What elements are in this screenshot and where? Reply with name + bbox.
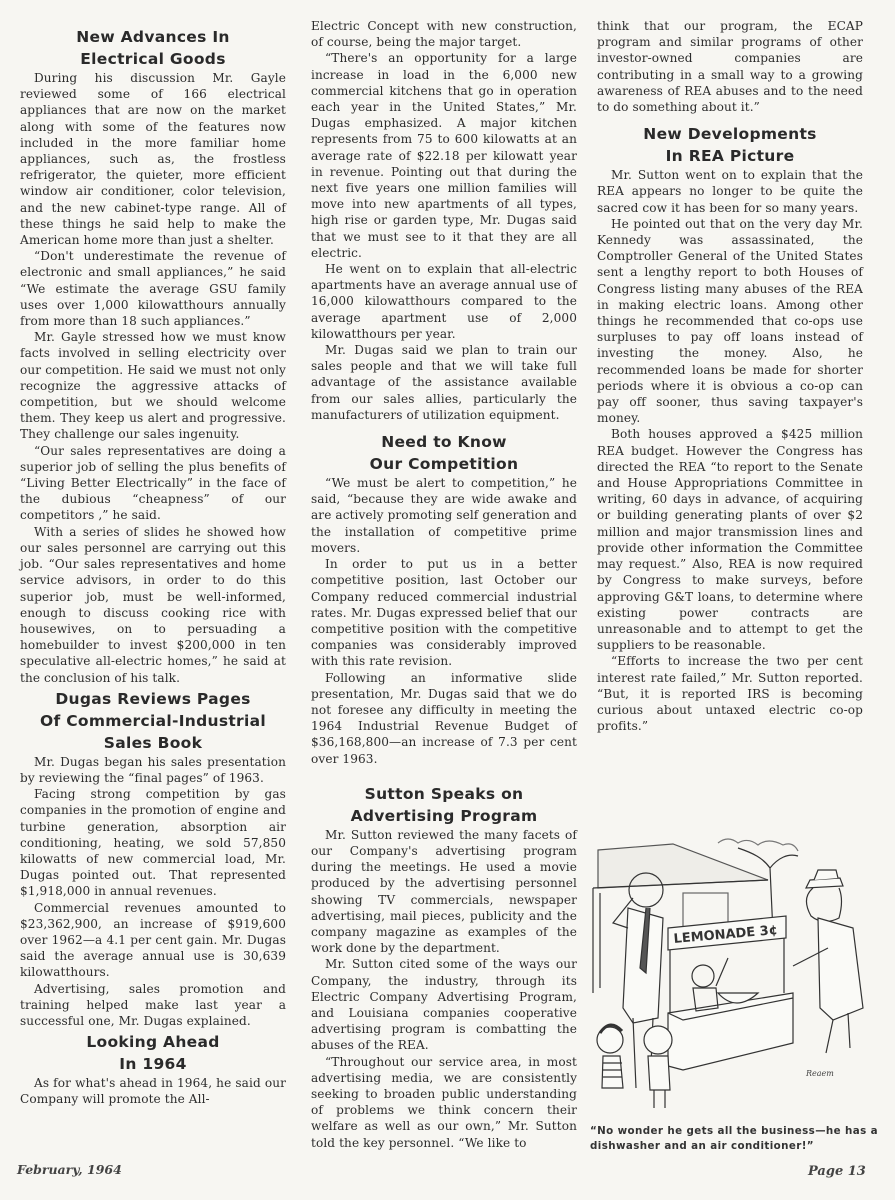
paragraph: Mr. Dugas began his sales presentation b… bbox=[20, 754, 286, 786]
artist-signature: Reaem bbox=[805, 1069, 834, 1078]
paragraph: think that our program, the ECAP program… bbox=[597, 18, 863, 115]
headline-sutton-speaks: Sutton Speaks on Advertising Program bbox=[311, 783, 577, 827]
paragraph: Mr. Dugas said we plan to train our sale… bbox=[311, 342, 577, 423]
paragraph: He went on to explain that all-electric … bbox=[311, 261, 577, 342]
paragraph: In order to put us in a better competiti… bbox=[311, 556, 577, 669]
paragraph: “We must be alert to competition,” he sa… bbox=[311, 475, 577, 556]
column-1: New Advances In Electrical Goods During … bbox=[20, 24, 286, 1108]
paragraph: Commercial revenues amounted to $23,362,… bbox=[20, 900, 286, 981]
paragraph: “Don't underestimate the revenue of elec… bbox=[20, 248, 286, 329]
paragraph: Following an informative slide presentat… bbox=[311, 670, 577, 767]
cartoon-caption: “No wonder he gets all the business—he h… bbox=[590, 1124, 880, 1154]
paragraph: “There's an opportunity for a large incr… bbox=[311, 50, 577, 261]
paragraph: Mr. Sutton went on to explain that the R… bbox=[597, 167, 863, 216]
paragraph: Mr. Gayle stressed how we must know fact… bbox=[20, 329, 286, 442]
paragraph: Facing strong competition by gas compani… bbox=[20, 786, 286, 899]
paragraph: “Our sales representatives are doing a s… bbox=[20, 443, 286, 524]
headline-need-to-know: Need to Know Our Competition bbox=[311, 431, 577, 475]
paragraph: “Efforts to increase the two per cent in… bbox=[597, 653, 863, 734]
headline-looking-ahead: Looking Ahead In 1964 bbox=[20, 1031, 286, 1075]
column-3: think that our program, the ECAP program… bbox=[597, 18, 863, 734]
page-number: Page 13 bbox=[808, 1164, 866, 1179]
paragraph: Mr. Sutton reviewed the many facets of o… bbox=[311, 827, 577, 957]
paragraph: During his discussion Mr. Gayle reviewed… bbox=[20, 70, 286, 248]
column-2: Electric Concept with new construction, … bbox=[311, 18, 577, 1151]
footer-date: February, 1964 bbox=[17, 1162, 122, 1177]
headline-dugas-reviews: Dugas Reviews Pages Of Commercial-Indust… bbox=[20, 688, 286, 754]
paragraph: As for what's ahead in 1964, he said our… bbox=[20, 1075, 286, 1107]
paragraph: Electric Concept with new construction, … bbox=[311, 18, 577, 50]
paragraph: “Throughout our service area, in most ad… bbox=[311, 1054, 577, 1151]
headline-new-advances: New Advances In Electrical Goods bbox=[20, 26, 286, 70]
paragraph: Advertising, sales promotion and trainin… bbox=[20, 981, 286, 1030]
paragraph: With a series of slides he showed how ou… bbox=[20, 524, 286, 686]
headline-new-developments: New Developments In REA Picture bbox=[597, 123, 863, 167]
paragraph: Mr. Sutton cited some of the ways our Co… bbox=[311, 956, 577, 1053]
paragraph: He pointed out that on the very day Mr. … bbox=[597, 216, 863, 427]
paragraph: Both houses approved a $425 million REA … bbox=[597, 426, 863, 653]
cartoon-illustration: LEMONADE 3¢ Reaem bbox=[588, 808, 878, 1113]
